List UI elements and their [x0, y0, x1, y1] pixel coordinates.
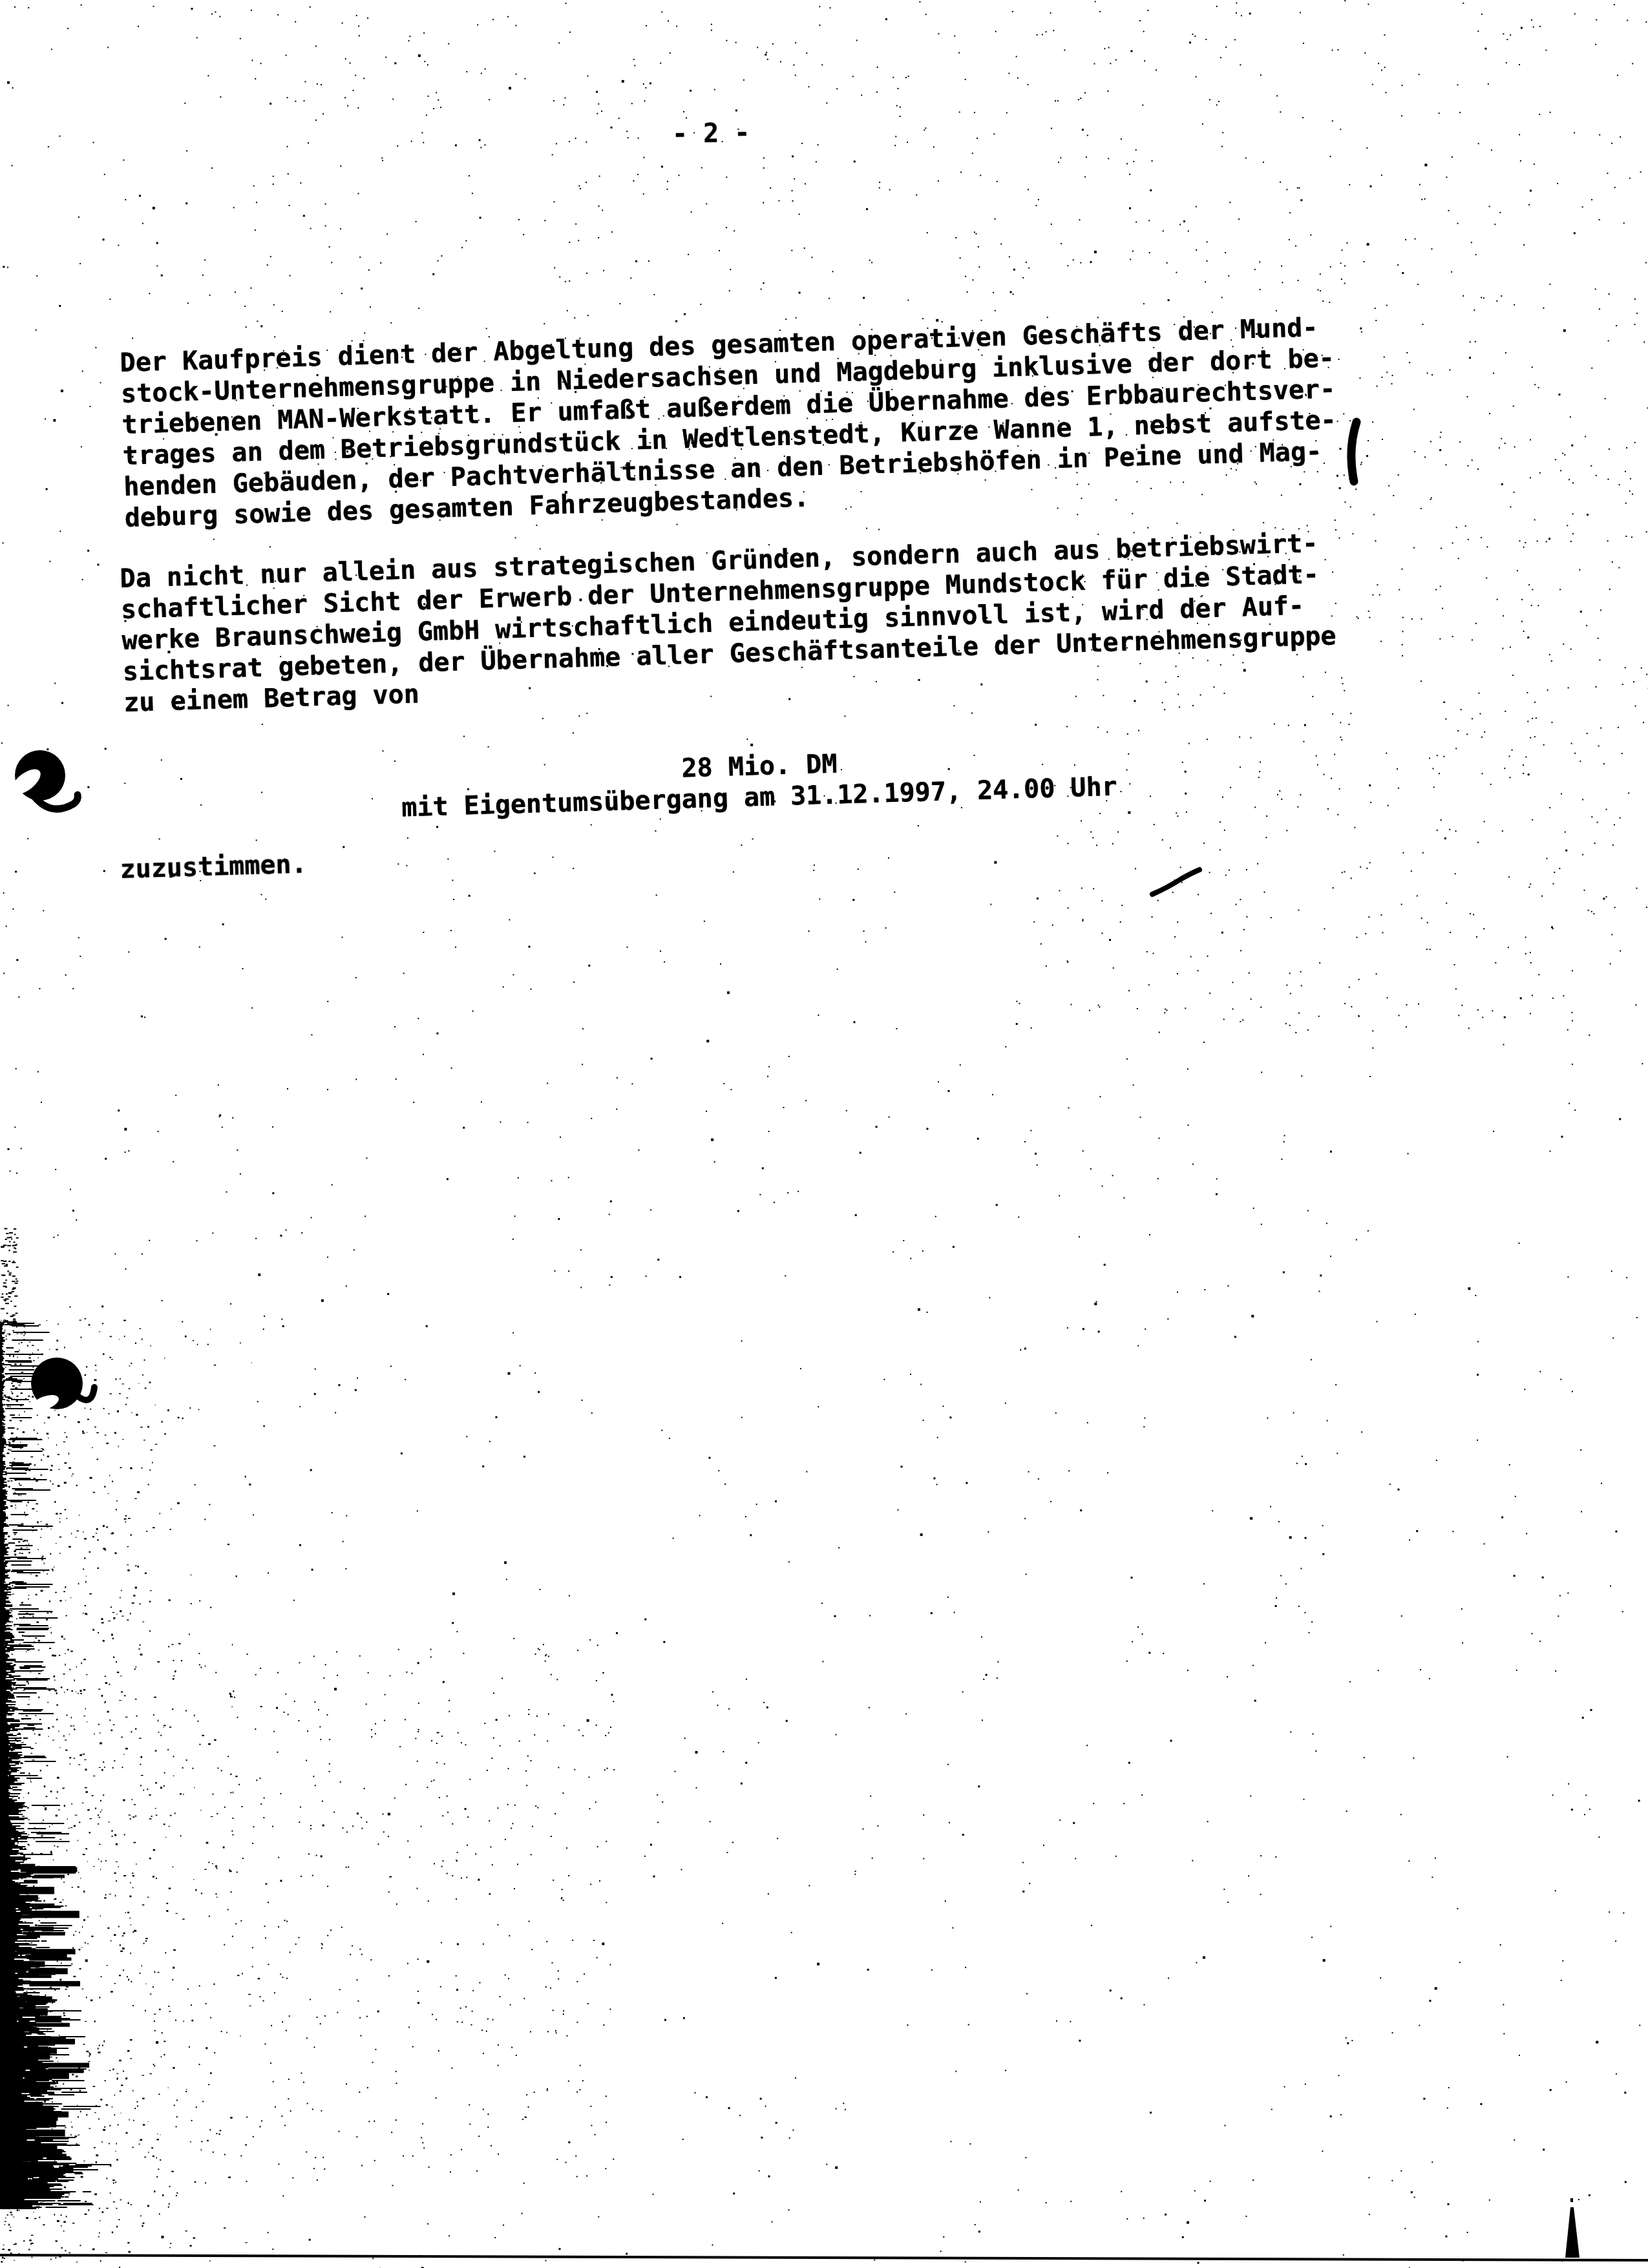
page-number: - 2 -: [672, 118, 750, 150]
bottom-right-streak-mark: [1563, 2196, 1585, 2260]
pen-tick-mark: [1149, 865, 1204, 900]
scanned-page: { "page": { "number_label": "- 2 -", "pa…: [0, 0, 1648, 2268]
margin-bracket-mark: [1341, 417, 1370, 488]
ink-blob-top-icon: [8, 744, 105, 822]
paragraph-kaufpreis: Der Kaufpreis dient der Abgeltung des ge…: [120, 310, 1404, 534]
ink-blob-middle-icon: [19, 1354, 110, 1425]
